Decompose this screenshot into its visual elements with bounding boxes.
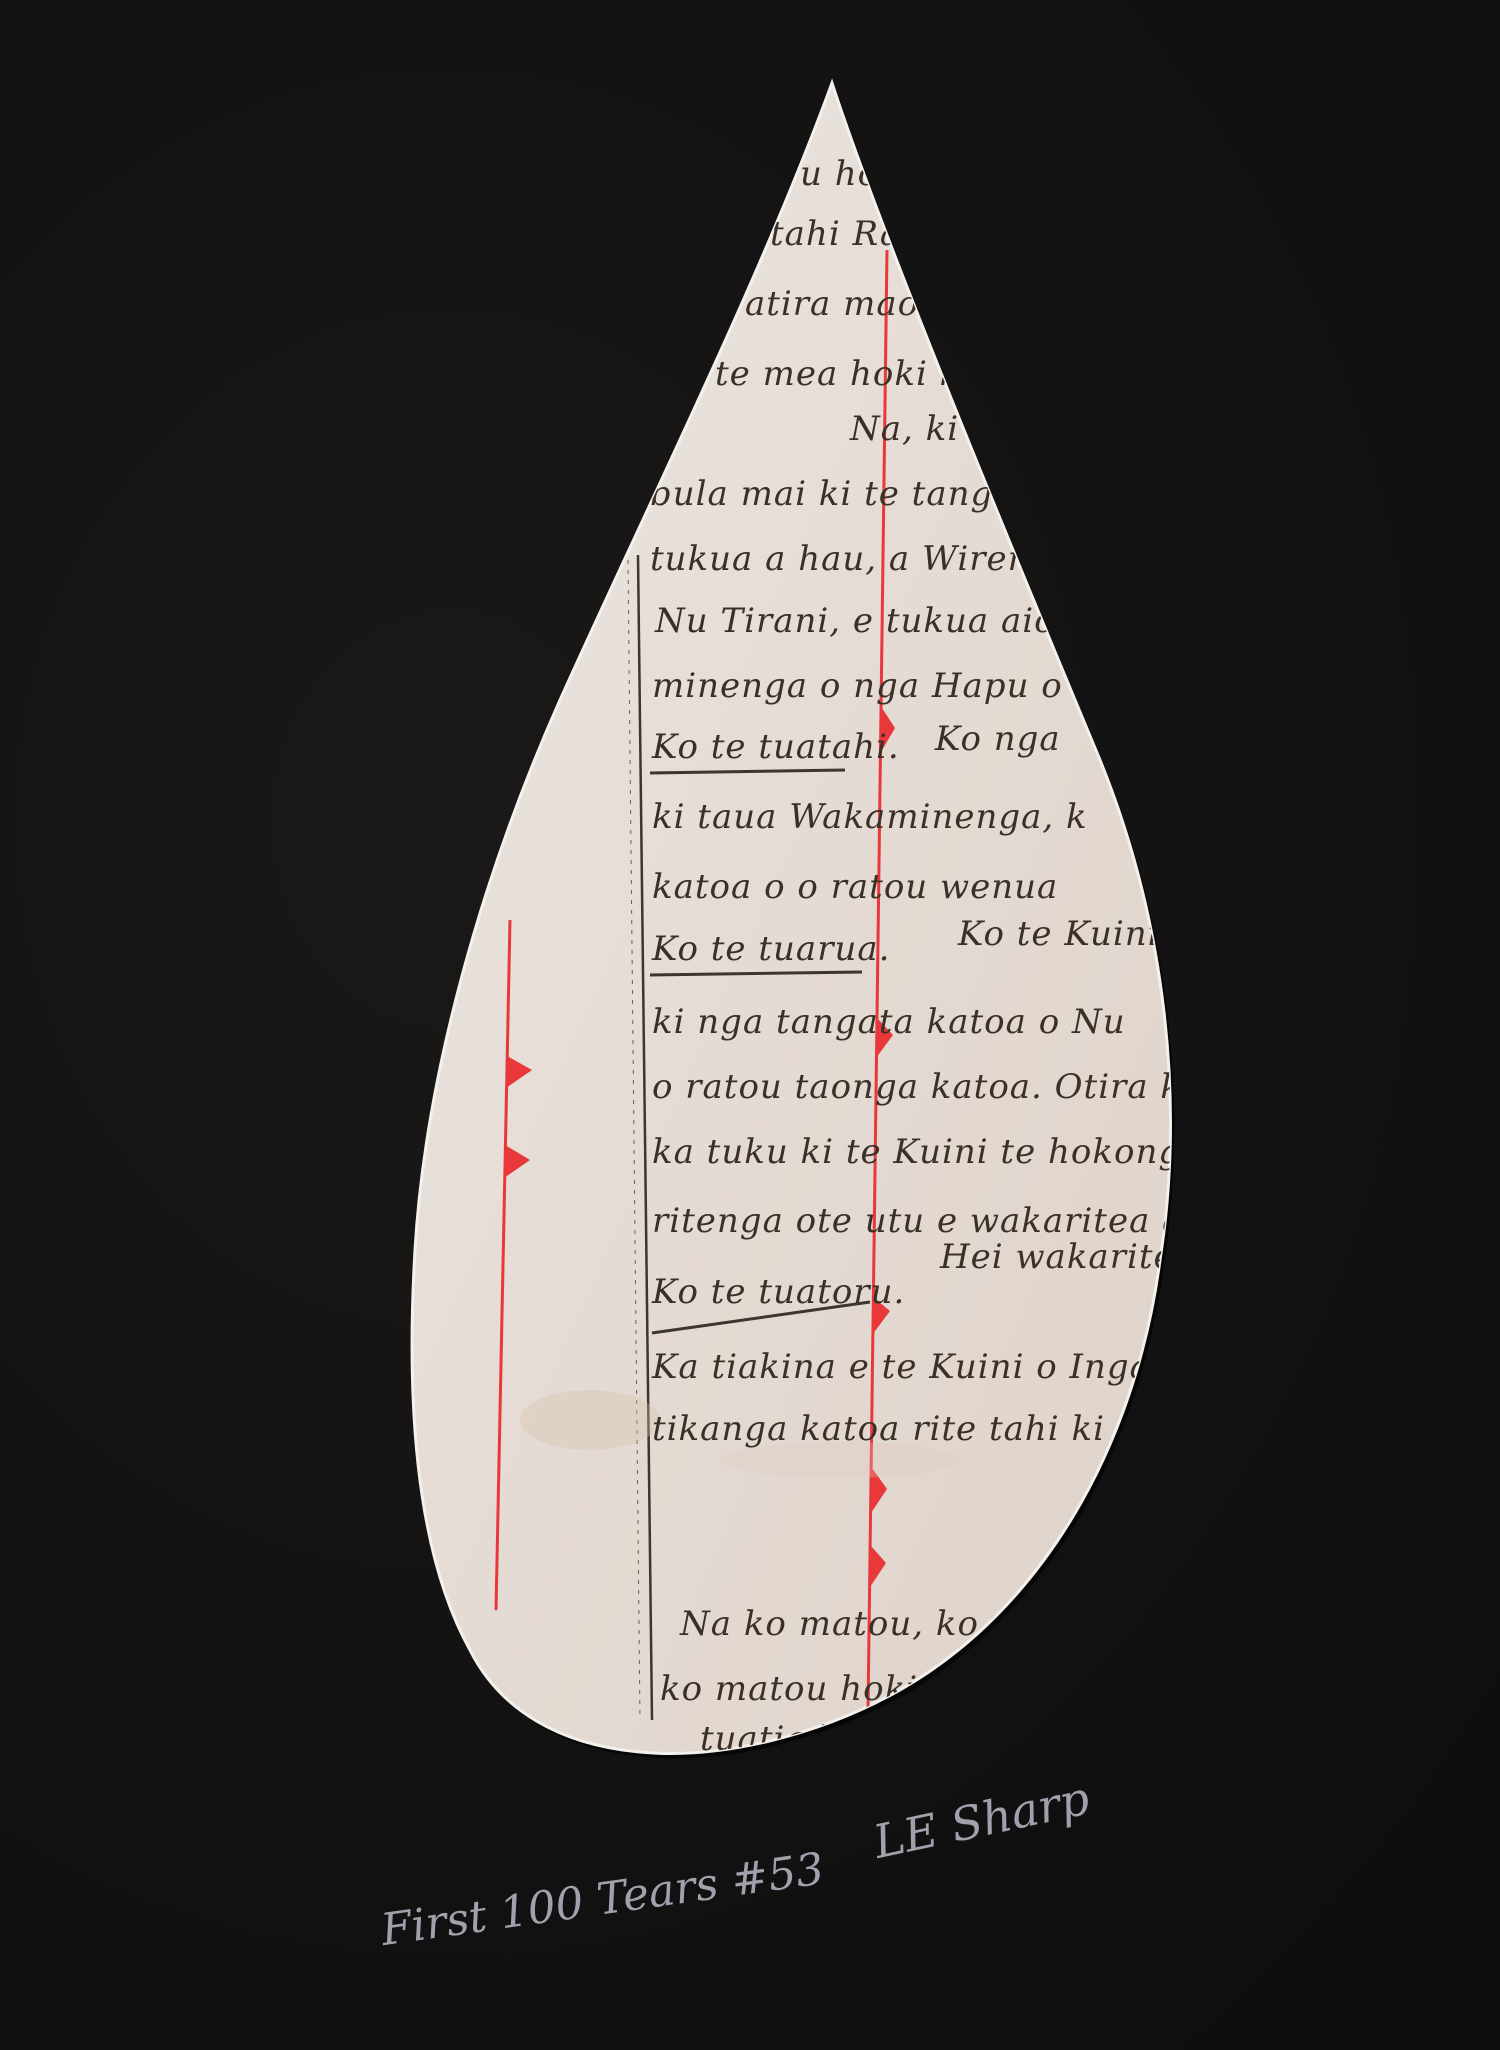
svg-text:Nu Tirani, e tukua aio: Nu Tirani, e tukua aio xyxy=(654,601,1056,641)
svg-text:ritenga ote utu e wakaritea ai: ritenga ote utu e wakaritea ai e xyxy=(652,1201,1228,1241)
svg-text:ka tuku ki te Kuini te hokonga: ka tuku ki te Kuini te hokonga xyxy=(652,1132,1202,1172)
svg-text:ki taua Wakaminenga, k: ki taua Wakaminenga, k xyxy=(652,797,1088,837)
svg-text:Ko te Kuini: Ko te Kuini xyxy=(957,914,1160,954)
teardrop-artwork: u hok tahi Ra atira mao te mea hoki k Na… xyxy=(0,0,1500,2050)
svg-text:te mea hoki k: te mea hoki k xyxy=(715,354,961,394)
svg-text:Ko nga: Ko nga xyxy=(934,719,1061,759)
svg-text:Ko te tuarua.: Ko te tuarua. xyxy=(651,929,890,969)
svg-text:minenga o nga Hapu o: minenga o nga Hapu o xyxy=(652,666,1063,706)
svg-text:ko matou hoki ko nga: ko matou hoki ko nga xyxy=(660,1669,1052,1709)
svg-text:u hok: u hok xyxy=(800,154,901,194)
svg-text:Ka tiakina e te Kuini o Ingara: Ka tiakina e te Kuini o Ingaran xyxy=(651,1347,1212,1387)
svg-text:katoa o o ratou wenua: katoa o o ratou wenua xyxy=(652,867,1058,907)
svg-text:Ko te tuatoru.: Ko te tuatoru. xyxy=(651,1272,905,1312)
svg-text:Na ko matou, ko nga R: Na ko matou, ko nga R xyxy=(679,1604,1096,1644)
svg-text:atira mao: atira mao xyxy=(745,284,919,324)
svg-text:tukua a hau, a Wirem: tukua a hau, a Wirem xyxy=(650,539,1041,579)
svg-text:bula mai ki te tanga: bula mai ki te tanga xyxy=(650,474,1015,514)
svg-text:Ko te tuatahi.: Ko te tuatahi. xyxy=(651,727,900,767)
svg-text:o ratou taonga katoa. Otira k: o ratou taonga katoa. Otira k xyxy=(652,1067,1182,1107)
svg-text:Na, ki: Na, ki xyxy=(849,409,959,449)
svg-text:tikanga katoa rite tahi ki ana: tikanga katoa rite tahi ki ana xyxy=(652,1409,1182,1449)
svg-text:ki nga tangata katoa o Nu: ki nga tangata katoa o Nu xyxy=(652,1002,1126,1042)
svg-text:Hei wakaritenga: Hei wakaritenga xyxy=(939,1237,1242,1277)
